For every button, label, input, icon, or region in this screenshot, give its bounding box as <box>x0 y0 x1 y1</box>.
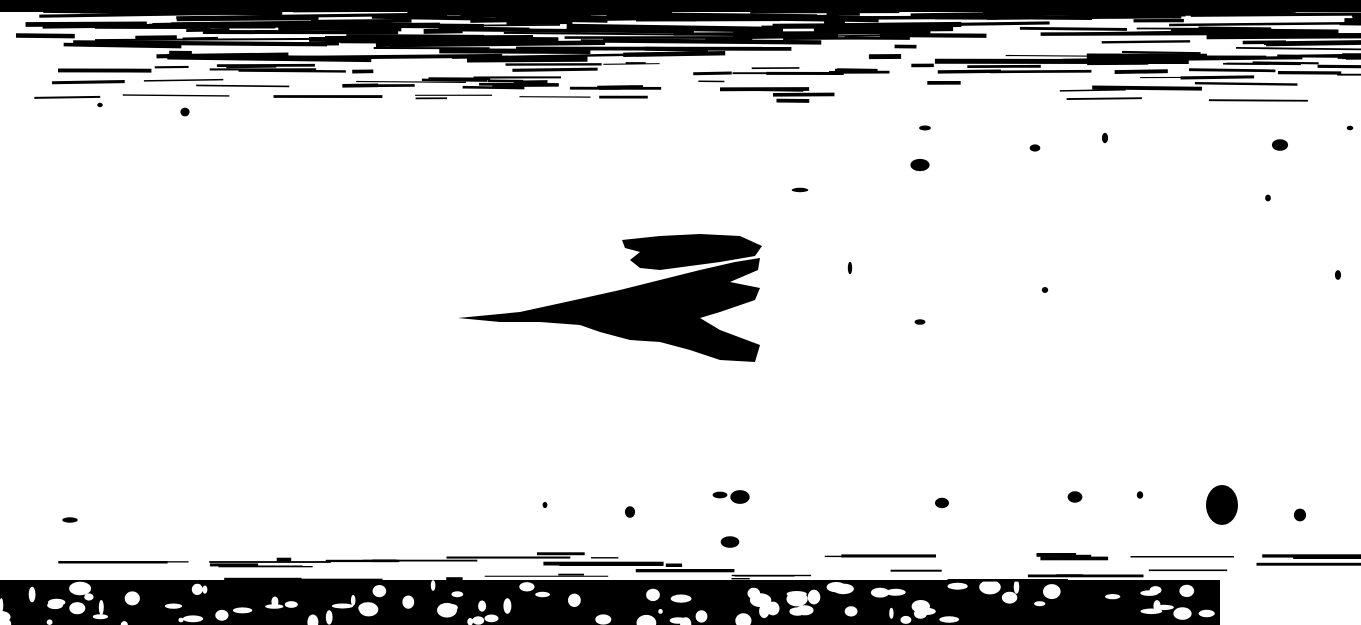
degraded-image: Heavily thresholded black-and-white imag… <box>0 0 1361 625</box>
image-canvas <box>0 0 1361 625</box>
